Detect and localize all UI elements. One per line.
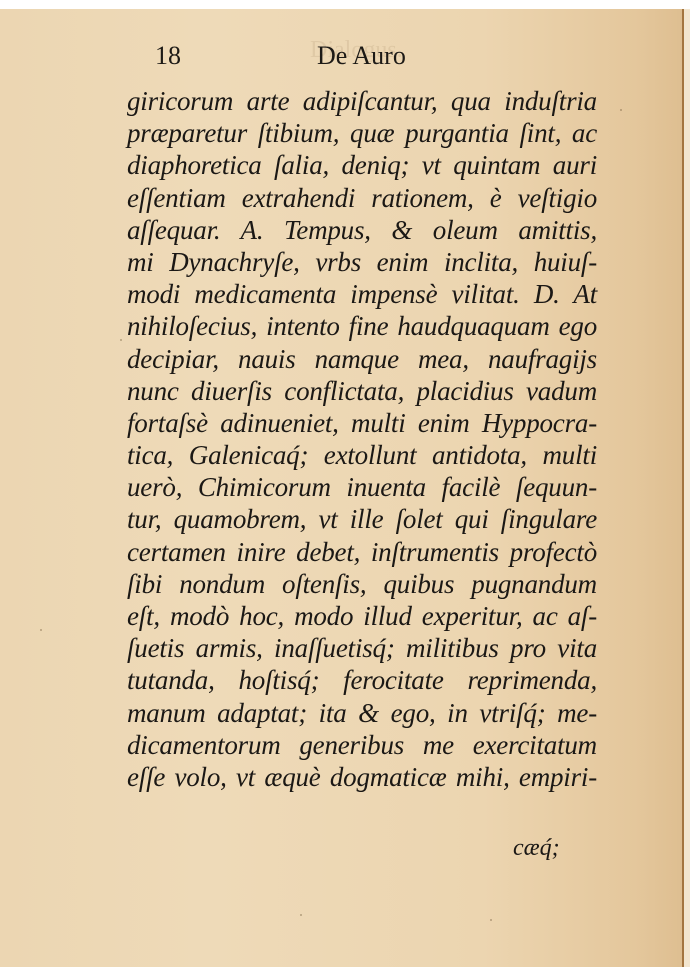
book-page: Dialogus. 18 De Auro giricorum arte adip… (0, 9, 690, 967)
text-line: nihiloſecius, intento fine haudquaquam e… (127, 310, 597, 342)
text-line: nunc diuerſis conflictata, placidius vad… (127, 375, 597, 407)
text-line: ſuetis armis, inaſſuetisq́; militibus pr… (127, 632, 597, 664)
text-line: certamen inire debet, inſtrumentis profe… (127, 536, 597, 568)
paper-speck (40, 629, 42, 631)
text-line: modi medicamenta impensè vilitat. D. At (127, 278, 597, 310)
text-line: tur, quamobrem, vt ille ſolet qui ſingul… (127, 503, 597, 535)
body-text: giricorum arte adipiſcantur, qua induſtr… (127, 85, 597, 793)
paper-speck (300, 914, 302, 916)
text-line: dicamentorum generibus me exercitatum (127, 729, 597, 761)
text-line: præparetur ſtibium, quæ purgantia ſint, … (127, 117, 597, 149)
text-line: ſibi nondum oſtenſis, quibus pugnandum (127, 568, 597, 600)
catchword: cæq́; (513, 835, 560, 862)
paper-speck (490, 919, 492, 921)
text-line: giricorum arte adipiſcantur, qua induſtr… (127, 85, 597, 117)
text-line: tutanda, hoſtisq́; ferocitate reprimenda… (127, 664, 597, 696)
page-header: 18 De Auro (155, 41, 595, 77)
running-title: De Auro (317, 41, 406, 71)
text-line: eſſentiam extrahendi rationem, è veſtigi… (127, 182, 597, 214)
page-outer-margin (684, 9, 690, 967)
paper-speck (620, 109, 622, 111)
text-line: diaphoretica ſalia, deniq; vt quintam au… (127, 149, 597, 181)
text-line: eſſe volo, vt æquè dogmaticæ mihi, empir… (127, 761, 597, 793)
page-edge-line (682, 9, 684, 967)
text-line: aſſequar. A. Tempus, & oleum amittis, (127, 214, 597, 246)
text-line: tica, Galenicaq́; extollunt antidota, mu… (127, 439, 597, 471)
text-line: fortaſsè adinueniet, multi enim Hyppocra… (127, 407, 597, 439)
paper-speck (120, 339, 122, 341)
text-line: manum adaptat; ita & ego, in vtriſq́; me… (127, 697, 597, 729)
text-line: decipiar, nauis namque mea, naufragijs (127, 343, 597, 375)
text-line: uerò, Chimicorum inuenta facilè ſequun- (127, 471, 597, 503)
text-line: mi Dynachryſe, vrbs enim inclita, huiuſ- (127, 246, 597, 278)
text-line: eſt, modò hoc, modo illud experitur, ac … (127, 600, 597, 632)
page-number: 18 (155, 41, 181, 71)
